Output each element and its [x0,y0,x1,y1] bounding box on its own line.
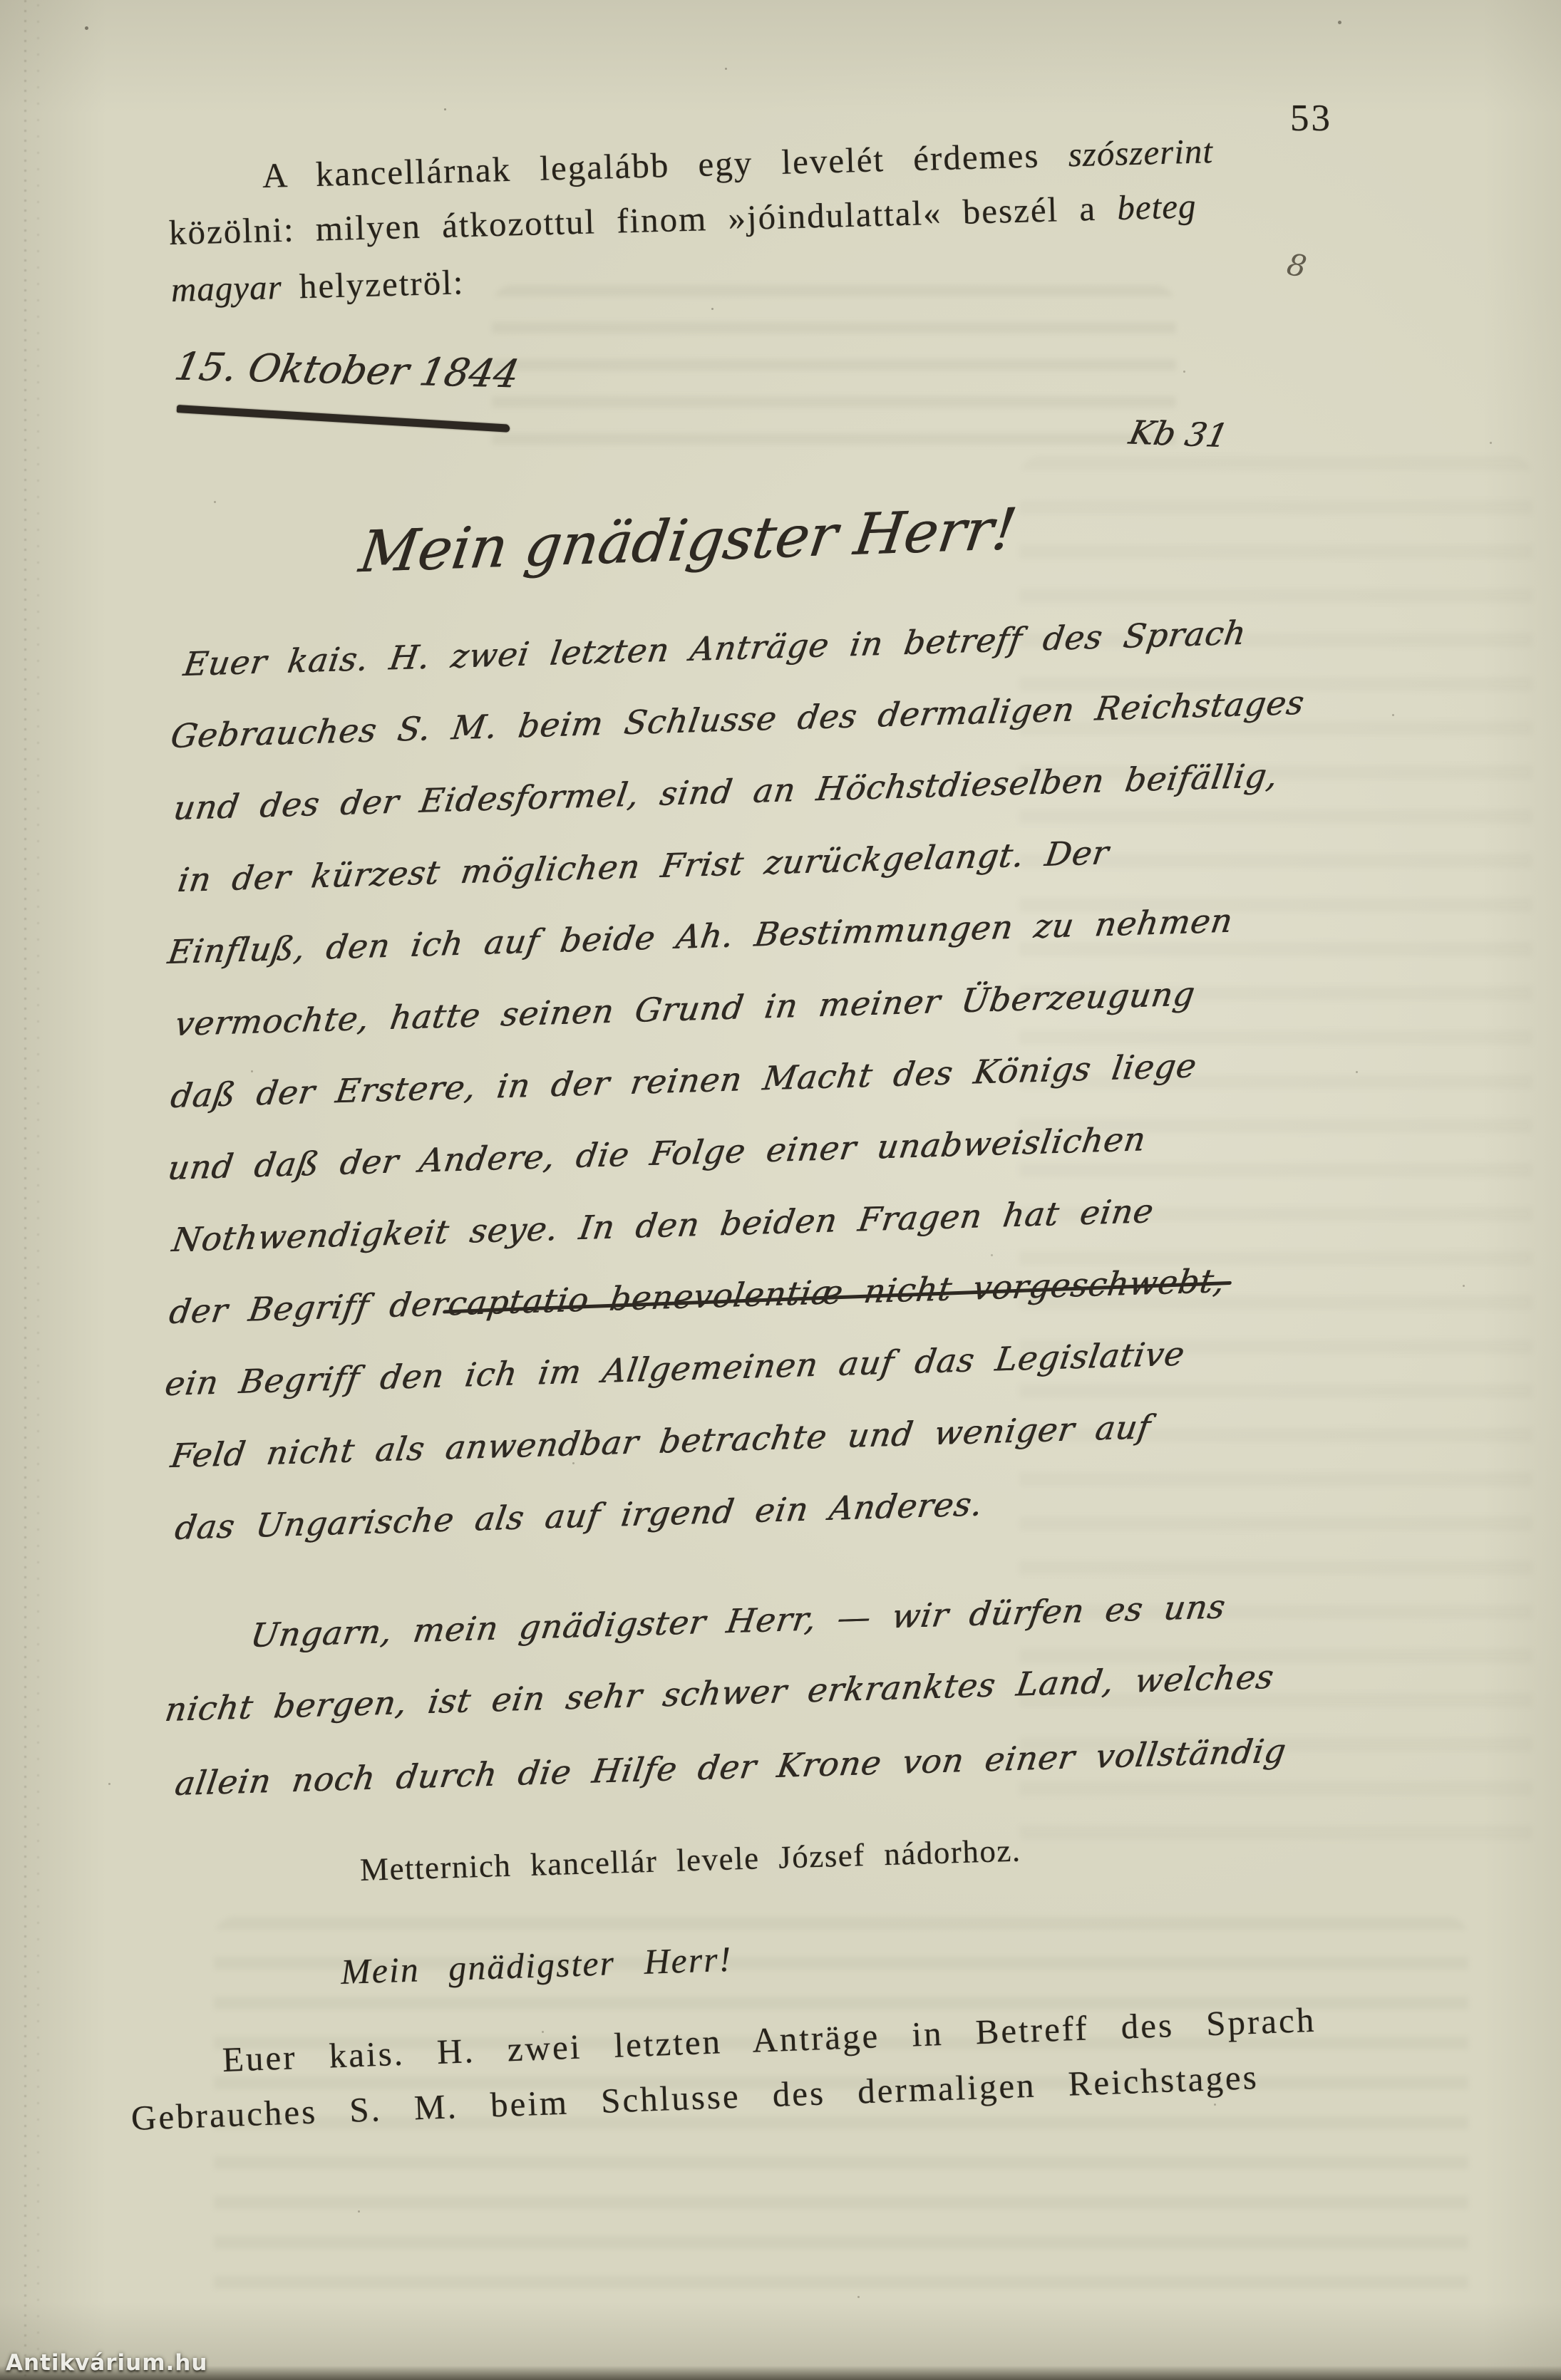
archive-number-note: Kb 31 [1129,413,1228,455]
manuscript-line-9: Nothwendigkeit seye. In den beiden Frage… [172,1191,1154,1259]
intro-line-1-italic: szószerint [1068,131,1214,174]
show-through-texture-top [492,285,1176,463]
intro-line-3-text: helyzetröl: [282,262,465,306]
book-page-scan: 8 53 A kancellárnak legalább egy levelét… [0,0,1561,2380]
intro-line-3: magyar helyzetröl: [170,262,465,310]
intro-line-3-italic: magyar [170,267,282,309]
intro-line-2: közölni: milyen átkozottul finom »jóindu… [168,185,1197,253]
manuscript-line-12: Feld nicht als anwendbar betrachte und w… [170,1407,1151,1475]
antikvarium-watermark: Antikvárium.hu [6,2350,207,2376]
facsimile-caption: Metternich kancellár levele József nádor… [359,1831,1021,1888]
manuscript-line-13: das Ungarische als auf irgend ein Andere… [175,1484,983,1547]
paper-speckles [0,0,2,2]
page-number: 53 [1290,97,1332,140]
date-underline-flourish [177,405,510,433]
manuscript-line-8: und daß der Andere, die Folge einer unab… [168,1119,1146,1187]
manuscript-line-4: in der kürzest möglichen Frist zurückgel… [177,833,1109,899]
stray-ink-mark: 8 [1284,247,1309,284]
manuscript-date: 15. Oktober 1844 [175,344,518,397]
intro-line-2-italic: beteg [1117,186,1197,227]
intro-line-1-text: A kancellárnak legalább egy levelét érde… [262,135,1068,195]
intro-line-2-text: közölni: milyen átkozottul finom »jóindu… [168,188,1118,252]
gutter-speckle-column [24,0,26,2380]
intro-line-1: A kancellárnak legalább egy levelét érde… [262,130,1213,196]
manuscript-salutation: Mein gnädigster Herr! [359,496,1017,586]
gutter-speckle-column-2 [37,0,39,2380]
scan-edge-shadow [0,2366,1561,2380]
